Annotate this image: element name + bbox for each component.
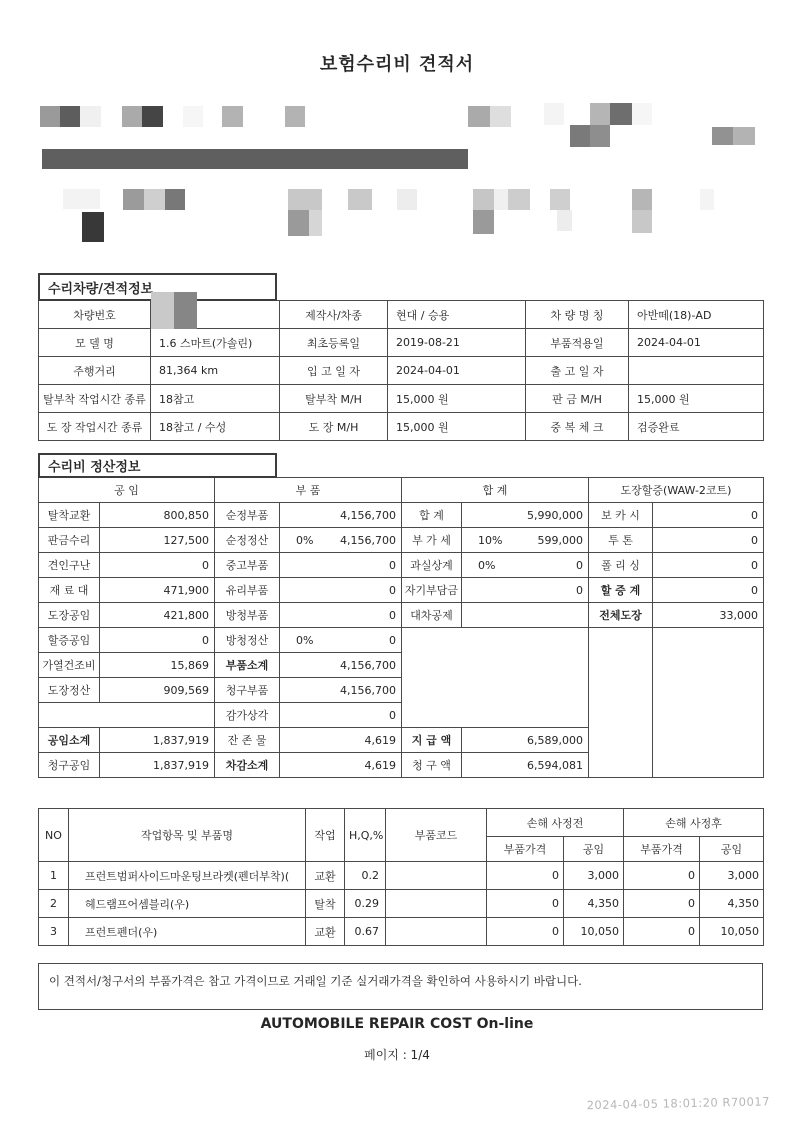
labor-after-cell: 4,350: [700, 890, 764, 918]
value-cell: 0: [280, 553, 402, 578]
labor-after-cell: 3,000: [700, 862, 764, 890]
column-header: 도장할증(WAW-2코트): [589, 478, 764, 503]
column-header: 작업: [306, 809, 345, 862]
value-cell: 6,594,081: [462, 753, 589, 778]
label-cell: 탈부착 M/H: [280, 385, 388, 413]
timestamp-watermark: 2024-04-05 18:01:20 R70017: [520, 1094, 770, 1113]
value-cell: 1,837,919: [100, 728, 215, 753]
label-cell: 청구공임: [39, 753, 100, 778]
redaction-block: [123, 189, 144, 210]
empty-cell: [39, 703, 215, 728]
value-cell: 33,000: [653, 603, 764, 628]
table-row: 판금수리 127,500 순정정산 0%4,156,700 부 가 세 10%5…: [39, 528, 764, 553]
table-row: 탈부착 작업시간 종류 18참고 탈부착 M/H 15,000 원 판 금 M/…: [39, 385, 764, 413]
column-header: 공임: [700, 837, 764, 862]
value-cell: 471,900: [100, 578, 215, 603]
redaction-block: [142, 106, 163, 127]
redaction-block: [733, 127, 755, 145]
label-cell: 주행거리: [39, 357, 151, 385]
label-cell: 방청부품: [215, 603, 280, 628]
column-header: NO: [39, 809, 69, 862]
redaction-block: [544, 103, 564, 125]
table-row: 2 헤드램프어셈블리(우) 탈착 0.29 0 4,350 0 4,350: [39, 890, 764, 918]
work-item-cell: 프런트펜더(우): [69, 918, 306, 946]
page-title: 보험수리비 견적서: [0, 50, 794, 76]
row-number-cell: 1: [39, 862, 69, 890]
part-price-before-cell: 0: [487, 918, 564, 946]
label-cell: 방청정산: [215, 628, 280, 653]
empty-cell: [589, 628, 653, 778]
value-cell: 15,000 원: [388, 385, 526, 413]
value-cell: 0: [280, 603, 402, 628]
page-number-label: 페이지 : 1/4: [0, 1046, 794, 1063]
redaction-block: [610, 103, 632, 125]
label-cell: 탈착교환: [39, 503, 100, 528]
labor-before-cell: 4,350: [564, 890, 624, 918]
value-cell: 1.6 스마트(가솔린): [151, 329, 280, 357]
redaction-block: [288, 210, 309, 236]
redaction-block: [285, 106, 305, 127]
redaction-block: [122, 106, 142, 127]
percent-value: 0%: [284, 634, 313, 647]
label-cell: 순정부품: [215, 503, 280, 528]
label-cell: 도 장 작업시간 종류: [39, 413, 151, 441]
notice-text: 이 견적서/청구서의 부품가격은 참고 가격이므로 거래일 기준 실거래가격을 …: [49, 974, 582, 988]
value-cell: 421,800: [100, 603, 215, 628]
label-cell: 재 료 대: [39, 578, 100, 603]
settlement-section-title: 수리비 정산정보: [38, 453, 277, 478]
label-cell: 제작사/차종: [280, 301, 388, 329]
value-cell: 18참고: [151, 385, 280, 413]
operation-cell: 탈착: [306, 890, 345, 918]
vehicle-info-table: 차량번호 제작사/차종 현대 / 승용 차 량 명 칭 아반떼(18)-AD 모…: [38, 300, 764, 441]
value-cell: 0: [653, 503, 764, 528]
label-cell: 지 급 액: [402, 728, 462, 753]
redaction-block: [570, 125, 590, 147]
value-cell: 4,156,700: [280, 503, 402, 528]
label-cell: 투 톤: [589, 528, 653, 553]
column-header: 공임: [564, 837, 624, 862]
table-row: 3 프런트펜더(우) 교환 0.67 0 10,050 0 10,050: [39, 918, 764, 946]
redaction-block: [473, 210, 494, 234]
redaction-block: [557, 210, 572, 231]
label-cell: 자기부담금: [402, 578, 462, 603]
value-cell: 6,589,000: [462, 728, 589, 753]
column-header: 부품코드: [386, 809, 487, 862]
value-cell: 10%599,000: [462, 528, 589, 553]
column-header: 부 품: [215, 478, 402, 503]
redaction-block: [468, 106, 490, 127]
value-cell: 4,619: [280, 728, 402, 753]
table-row: 차량번호 제작사/차종 현대 / 승용 차 량 명 칭 아반떼(18)-AD: [39, 301, 764, 329]
work-items-table: NO 작업항목 및 부품명 작업 H,Q,% 부품코드 손해 사정전 손해 사정…: [38, 808, 764, 946]
label-cell: 차량번호: [39, 301, 151, 329]
value-cell: 0: [462, 578, 589, 603]
label-cell: 유리부품: [215, 578, 280, 603]
label-cell: 도장정산: [39, 678, 100, 703]
label-cell: 할증공임: [39, 628, 100, 653]
redaction-block: [222, 106, 243, 127]
table-row: 재 료 대 471,900 유리부품 0 자기부담금 0 할 증 계 0: [39, 578, 764, 603]
redaction-block: [590, 103, 610, 125]
label-cell: 최초등록일: [280, 329, 388, 357]
amount-value: 599,000: [538, 534, 584, 547]
value-cell: 15,000 원: [629, 385, 764, 413]
value-cell: 909,569: [100, 678, 215, 703]
part-code-cell: [386, 862, 487, 890]
value-cell: 0: [653, 578, 764, 603]
table-row: 모 델 명 1.6 스마트(가솔린) 최초등록일 2019-08-21 부품적용…: [39, 329, 764, 357]
label-cell: 감가상각: [215, 703, 280, 728]
redaction-block: [42, 149, 468, 169]
redaction-block: [508, 189, 530, 210]
label-cell: 잔 존 물: [215, 728, 280, 753]
label-cell: 출 고 일 자: [526, 357, 629, 385]
redaction-block: [80, 106, 101, 127]
label-cell: 합 계: [402, 503, 462, 528]
redaction-block: [473, 189, 494, 210]
labor-before-cell: 3,000: [564, 862, 624, 890]
value-cell: 2024-04-01: [629, 329, 764, 357]
value-cell: 81,364 km: [151, 357, 280, 385]
value-cell: 0%4,156,700: [280, 528, 402, 553]
column-header: H,Q,%: [345, 809, 386, 862]
label-cell: 순정정산: [215, 528, 280, 553]
label-cell: 할 증 계: [589, 578, 653, 603]
redaction-block: [632, 189, 652, 210]
label-cell: 도장공임: [39, 603, 100, 628]
value-cell: 800,850: [100, 503, 215, 528]
table-row: 탈착교환 800,850 순정부품 4,156,700 합 계 5,990,00…: [39, 503, 764, 528]
row-number-cell: 3: [39, 918, 69, 946]
column-header: 작업항목 및 부품명: [69, 809, 306, 862]
labor-before-cell: 10,050: [564, 918, 624, 946]
label-cell: 부 가 세: [402, 528, 462, 553]
value-cell: 4,619: [280, 753, 402, 778]
value-cell: 0: [280, 703, 402, 728]
value-cell: 18참고 / 수성: [151, 413, 280, 441]
redaction-block: [590, 125, 610, 147]
label-cell: 폴 리 싱: [589, 553, 653, 578]
label-cell: 판금수리: [39, 528, 100, 553]
value-cell: 현대 / 승용: [388, 301, 526, 329]
labor-after-cell: 10,050: [700, 918, 764, 946]
table-row: 도 장 작업시간 종류 18참고 / 수성 도 장 M/H 15,000 원 중…: [39, 413, 764, 441]
value-cell: 0%0: [280, 628, 402, 653]
redaction-block: [174, 292, 197, 329]
value-cell: 0: [280, 578, 402, 603]
table-row: 주행거리 81,364 km 입 고 일 자 2024-04-01 출 고 일 …: [39, 357, 764, 385]
redaction-block: [151, 292, 174, 329]
hours-cell: 0.67: [345, 918, 386, 946]
label-cell: 입 고 일 자: [280, 357, 388, 385]
empty-cell: [402, 628, 589, 728]
label-cell: 차감소계: [215, 753, 280, 778]
value-cell: 0: [100, 628, 215, 653]
part-price-before-cell: 0: [487, 862, 564, 890]
label-cell: 대차공제: [402, 603, 462, 628]
label-cell: 탈부착 작업시간 종류: [39, 385, 151, 413]
hours-cell: 0.2: [345, 862, 386, 890]
operation-cell: 교환: [306, 862, 345, 890]
column-header: 부품가격: [487, 837, 564, 862]
part-code-cell: [386, 890, 487, 918]
value-cell: 15,869: [100, 653, 215, 678]
redaction-block: [82, 212, 104, 242]
redaction-block: [288, 189, 322, 210]
redaction-block: [712, 127, 733, 145]
amount-value: 0: [389, 634, 396, 647]
value-cell: 15,000 원: [388, 413, 526, 441]
column-header: 합 계: [402, 478, 589, 503]
label-cell: 중고부품: [215, 553, 280, 578]
row-number-cell: 2: [39, 890, 69, 918]
redaction-block: [632, 210, 652, 233]
label-cell: 도 장 M/H: [280, 413, 388, 441]
table-header-row: 공 임 부 품 합 계 도장할증(WAW-2코트): [39, 478, 764, 503]
value-cell: [462, 603, 589, 628]
value-cell: 4,156,700: [280, 678, 402, 703]
table-row: 견인구난 0 중고부품 0 과실상계 0%0 폴 리 싱 0: [39, 553, 764, 578]
hours-cell: 0.29: [345, 890, 386, 918]
label-cell: 청 구 액: [402, 753, 462, 778]
label-cell: 판 금 M/H: [526, 385, 629, 413]
label-cell: 견인구난: [39, 553, 100, 578]
work-item-cell: 프런트범퍼사이드마운팅브라켓(펜더부착)(: [69, 862, 306, 890]
empty-cell: [653, 628, 764, 778]
label-cell: 청구부품: [215, 678, 280, 703]
redaction-block: [60, 106, 80, 127]
percent-value: 0%: [466, 559, 495, 572]
value-cell: 4,156,700: [280, 653, 402, 678]
redaction-block: [183, 106, 203, 127]
value-cell: 2019-08-21: [388, 329, 526, 357]
redaction-block: [309, 210, 322, 236]
part-price-after-cell: 0: [624, 918, 700, 946]
redaction-block: [700, 189, 714, 210]
column-header: 손해 사정전: [487, 809, 624, 837]
part-price-after-cell: 0: [624, 890, 700, 918]
redaction-block: [165, 189, 185, 210]
label-cell: 차 량 명 칭: [526, 301, 629, 329]
label-cell: 공임소계: [39, 728, 100, 753]
label-cell: 부품소계: [215, 653, 280, 678]
column-header: 부품가격: [624, 837, 700, 862]
document-page: 보험수리비 견적서 수리차량/견적정보 차량번호 제작사/차종 현대 / 승용 …: [0, 0, 794, 1123]
value-cell: 아반떼(18)-AD: [629, 301, 764, 329]
part-price-after-cell: 0: [624, 862, 700, 890]
redaction-block: [144, 189, 165, 210]
column-header: 공 임: [39, 478, 215, 503]
value-cell: 5,990,000: [462, 503, 589, 528]
value-cell: 0: [653, 528, 764, 553]
part-price-before-cell: 0: [487, 890, 564, 918]
value-cell: [629, 357, 764, 385]
label-cell: 가열건조비: [39, 653, 100, 678]
label-cell: 부품적용일: [526, 329, 629, 357]
percent-value: 0%: [284, 534, 313, 547]
amount-value: 4,156,700: [340, 534, 396, 547]
label-cell: 보 카 시: [589, 503, 653, 528]
value-cell: 0: [653, 553, 764, 578]
settlement-table: 공 임 부 품 합 계 도장할증(WAW-2코트) 탈착교환 800,850 순…: [38, 477, 764, 778]
redaction-block: [63, 189, 100, 209]
redaction-block: [397, 189, 417, 210]
redaction-block: [490, 106, 511, 127]
table-row: 도장공임 421,800 방청부품 0 대차공제 전체도장 33,000: [39, 603, 764, 628]
label-cell: 과실상계: [402, 553, 462, 578]
percent-value: 10%: [466, 534, 502, 547]
amount-value: 0: [576, 559, 583, 572]
redaction-block: [550, 189, 570, 210]
table-row: 할증공임 0 방청정산 0%0: [39, 628, 764, 653]
value-cell: 1,837,919: [100, 753, 215, 778]
table-row: 1 프런트범퍼사이드마운팅브라켓(펜더부착)( 교환 0.2 0 3,000 0…: [39, 862, 764, 890]
footer-brand: AUTOMOBILE REPAIR COST On-line: [0, 1016, 794, 1032]
operation-cell: 교환: [306, 918, 345, 946]
value-cell: 0%0: [462, 553, 589, 578]
redaction-block: [348, 189, 372, 210]
label-cell: 모 델 명: [39, 329, 151, 357]
value-cell: 127,500: [100, 528, 215, 553]
label-cell: 전체도장: [589, 603, 653, 628]
table-header-row: NO 작업항목 및 부품명 작업 H,Q,% 부품코드 손해 사정전 손해 사정…: [39, 809, 764, 837]
value-cell: 0: [100, 553, 215, 578]
value-cell: 검증완료: [629, 413, 764, 441]
redaction-block: [40, 106, 60, 127]
redaction-block: [632, 103, 652, 125]
part-code-cell: [386, 918, 487, 946]
work-item-cell: 헤드램프어셈블리(우): [69, 890, 306, 918]
value-cell: 2024-04-01: [388, 357, 526, 385]
label-cell: 중 복 체 크: [526, 413, 629, 441]
column-header: 손해 사정후: [624, 809, 764, 837]
notice-box: 이 견적서/청구서의 부품가격은 참고 가격이므로 거래일 기준 실거래가격을 …: [38, 963, 763, 1010]
